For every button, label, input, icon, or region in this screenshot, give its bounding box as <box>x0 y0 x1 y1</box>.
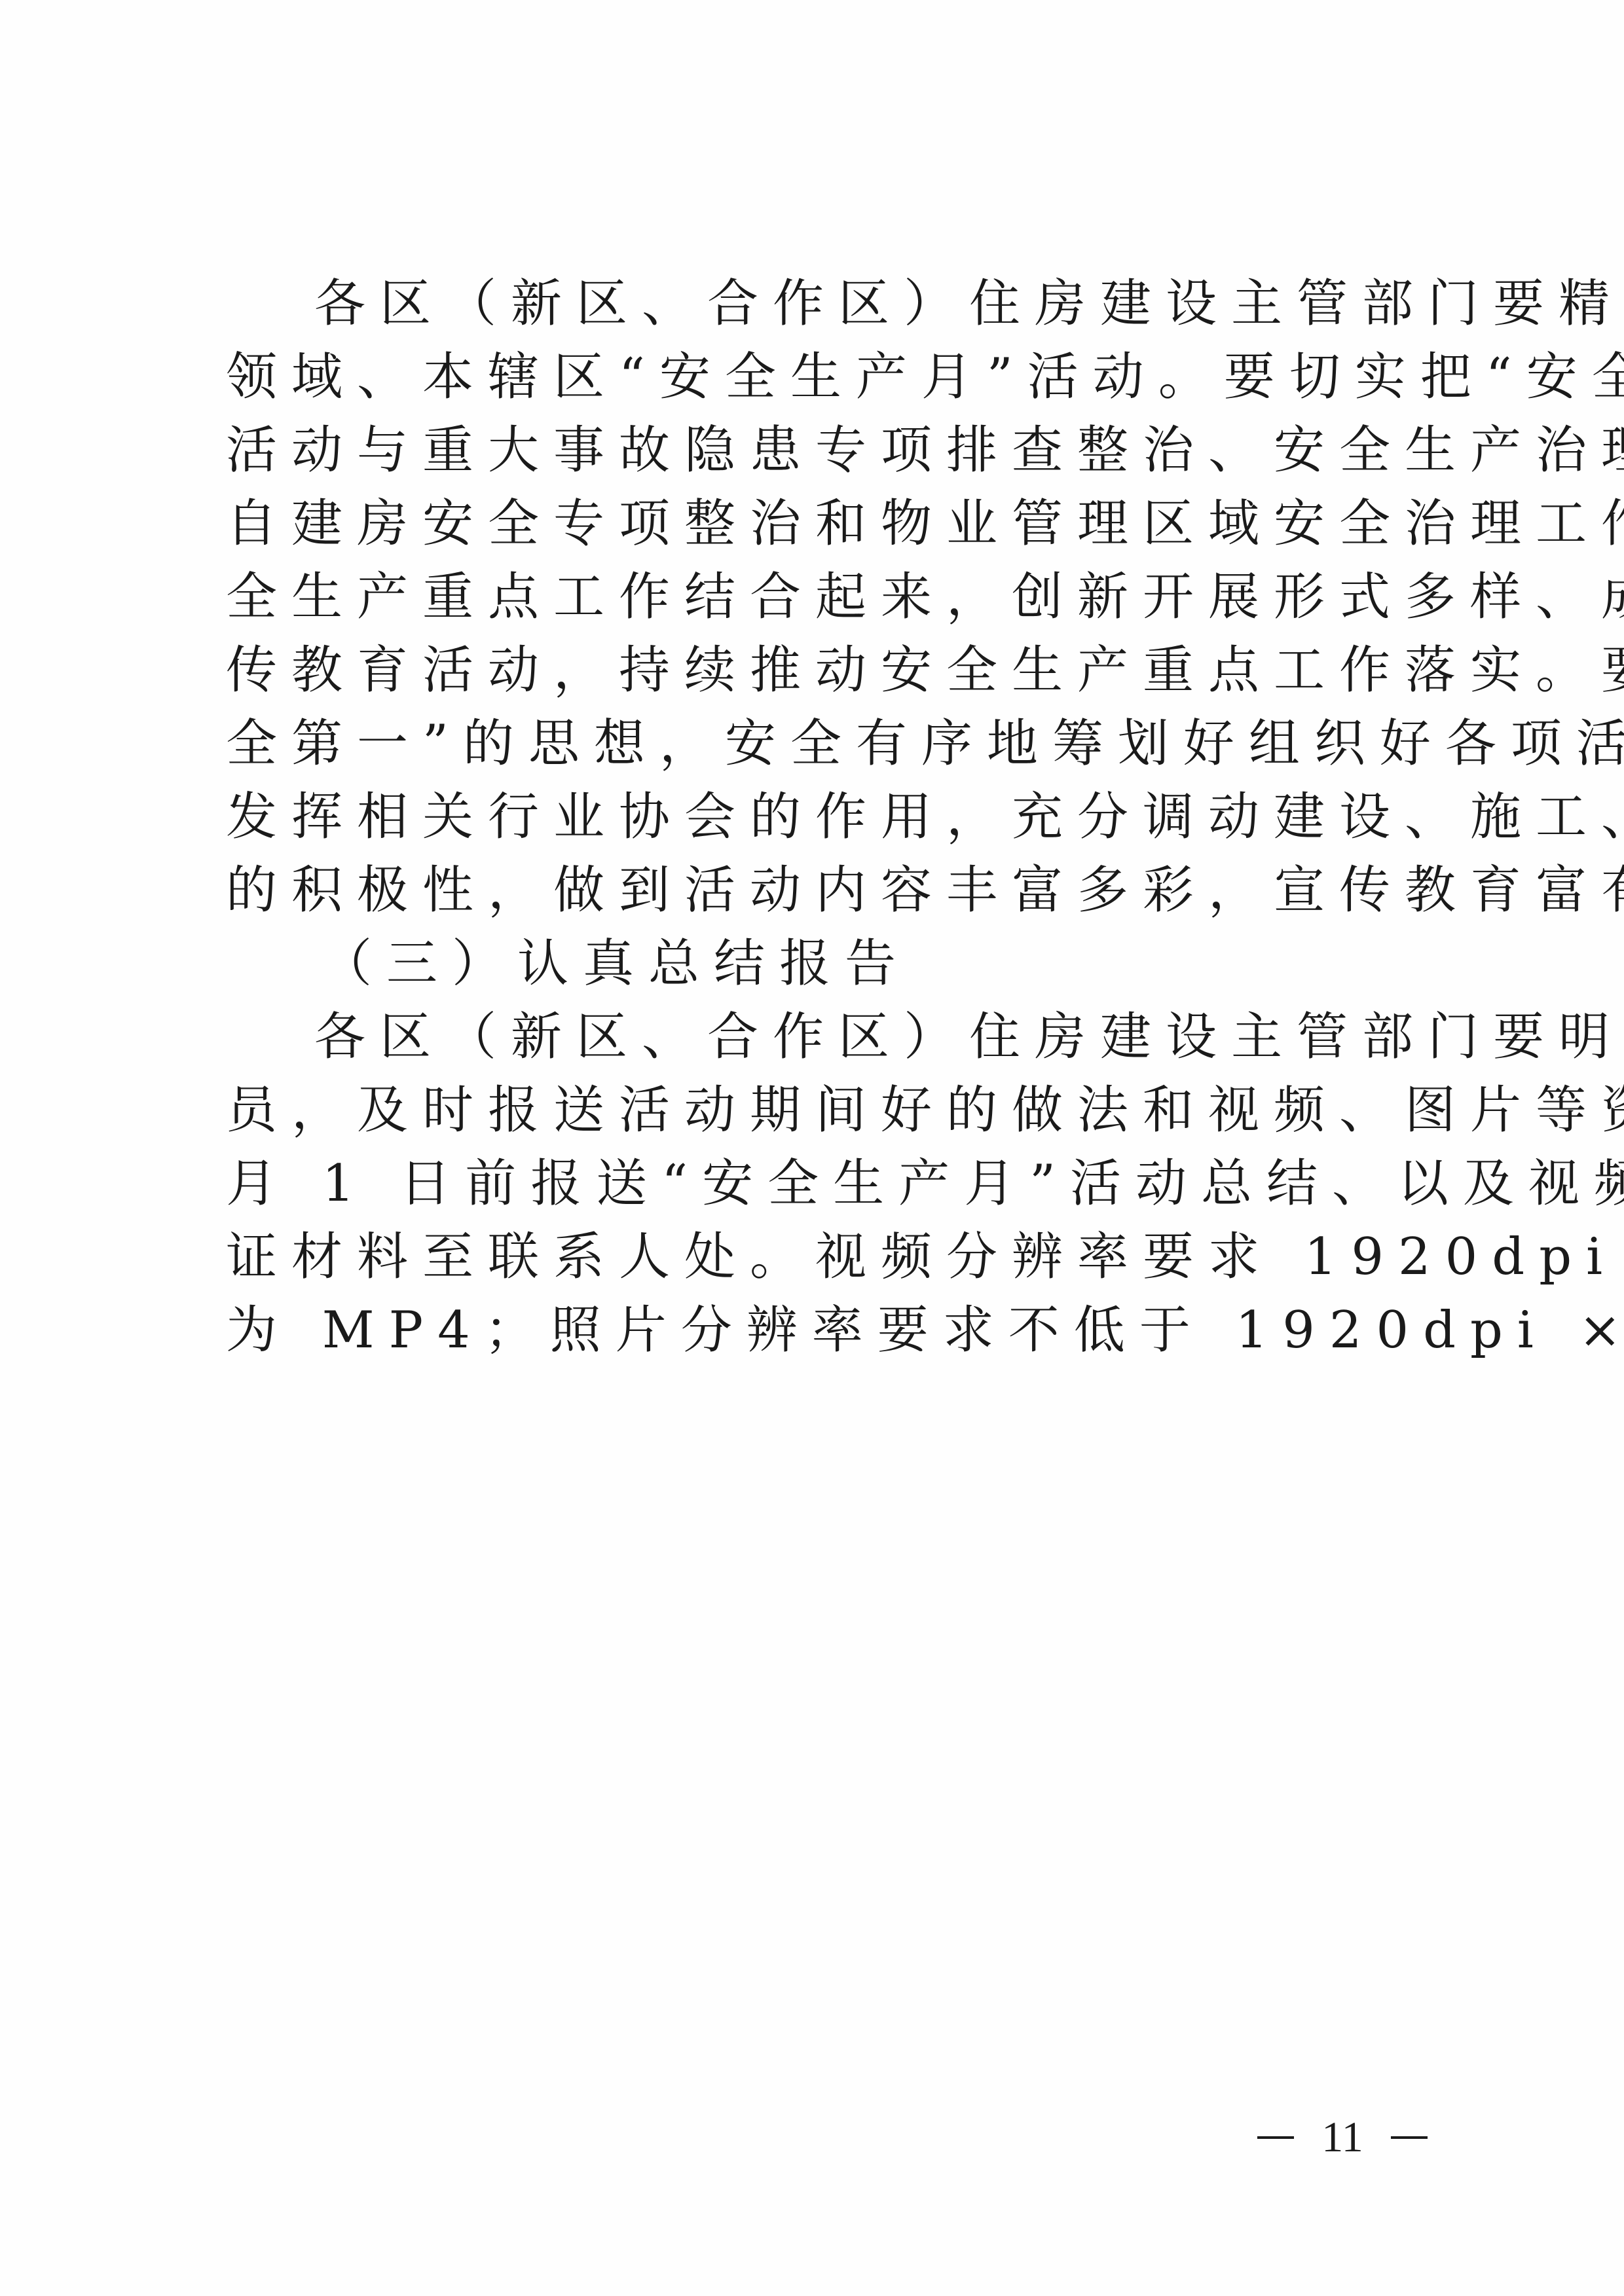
paragraph-line: 为 MP4；照片分辨率要求不低于 1920dpi × 1080dpi,格式为 J… <box>226 1294 1418 1367</box>
page-number: 11 <box>1257 2111 1428 2164</box>
paragraph-line: 的积极性，做到活动内容丰富多彩，宣传教育富有成效。 <box>226 854 1418 927</box>
paragraph-line: 领域、本辖区“安全生产月”活动。要切实把“安全生产月” <box>226 340 1418 414</box>
dash-right-icon <box>1391 2136 1428 2139</box>
paragraph-line: 月 1 日前报送“安全生产月”活动总结、以及视频、照片等佐 <box>226 1147 1418 1220</box>
dash-left-icon <box>1257 2136 1294 2139</box>
paragraph-line: 发挥相关行业协会的作用，充分调动建设、施工、监理等单位 <box>226 780 1418 854</box>
paragraph-line: 员，及时报送活动期间好的做法和视频、图片等资料。请于 7 <box>226 1074 1418 1147</box>
paragraph-line: 活动与重大事故隐患专项排查整治、安全生产治理行动、燃气、 <box>226 414 1418 487</box>
paragraph-line: 各区（新区、合作区）住房建设主管部门要精心组织主管 <box>226 267 1418 340</box>
document-page: 各区（新区、合作区）住房建设主管部门要精心组织主管 领域、本辖区“安全生产月”活… <box>0 0 1624 2296</box>
page-number-value: 11 <box>1321 2111 1363 2164</box>
paragraph-line: 全第一”的思想，安全有序地筹划好组织好各项活动。要重视 <box>226 707 1418 780</box>
section-heading: （三）认真总结报告 <box>226 927 1418 1000</box>
document-body: 各区（新区、合作区）住房建设主管部门要精心组织主管 领域、本辖区“安全生产月”活… <box>226 267 1418 1367</box>
paragraph-line: 自建房安全专项整治和物业管理区域安全治理工作等部署的安 <box>226 487 1418 560</box>
paragraph-line: 全生产重点工作结合起来，创新开展形式多样、成效显著的宣 <box>226 560 1418 634</box>
paragraph-line: 各区（新区、合作区）住房建设主管部门要明确 1 名联络 <box>226 1000 1418 1074</box>
paragraph-line: 证材料至联系人处。视频分辨率要求 1920dpi × 1080dpi，格式 <box>226 1220 1418 1294</box>
paragraph-line: 传教育活动，持续推动安全生产重点工作落实。要牢固树立“安 <box>226 634 1418 707</box>
